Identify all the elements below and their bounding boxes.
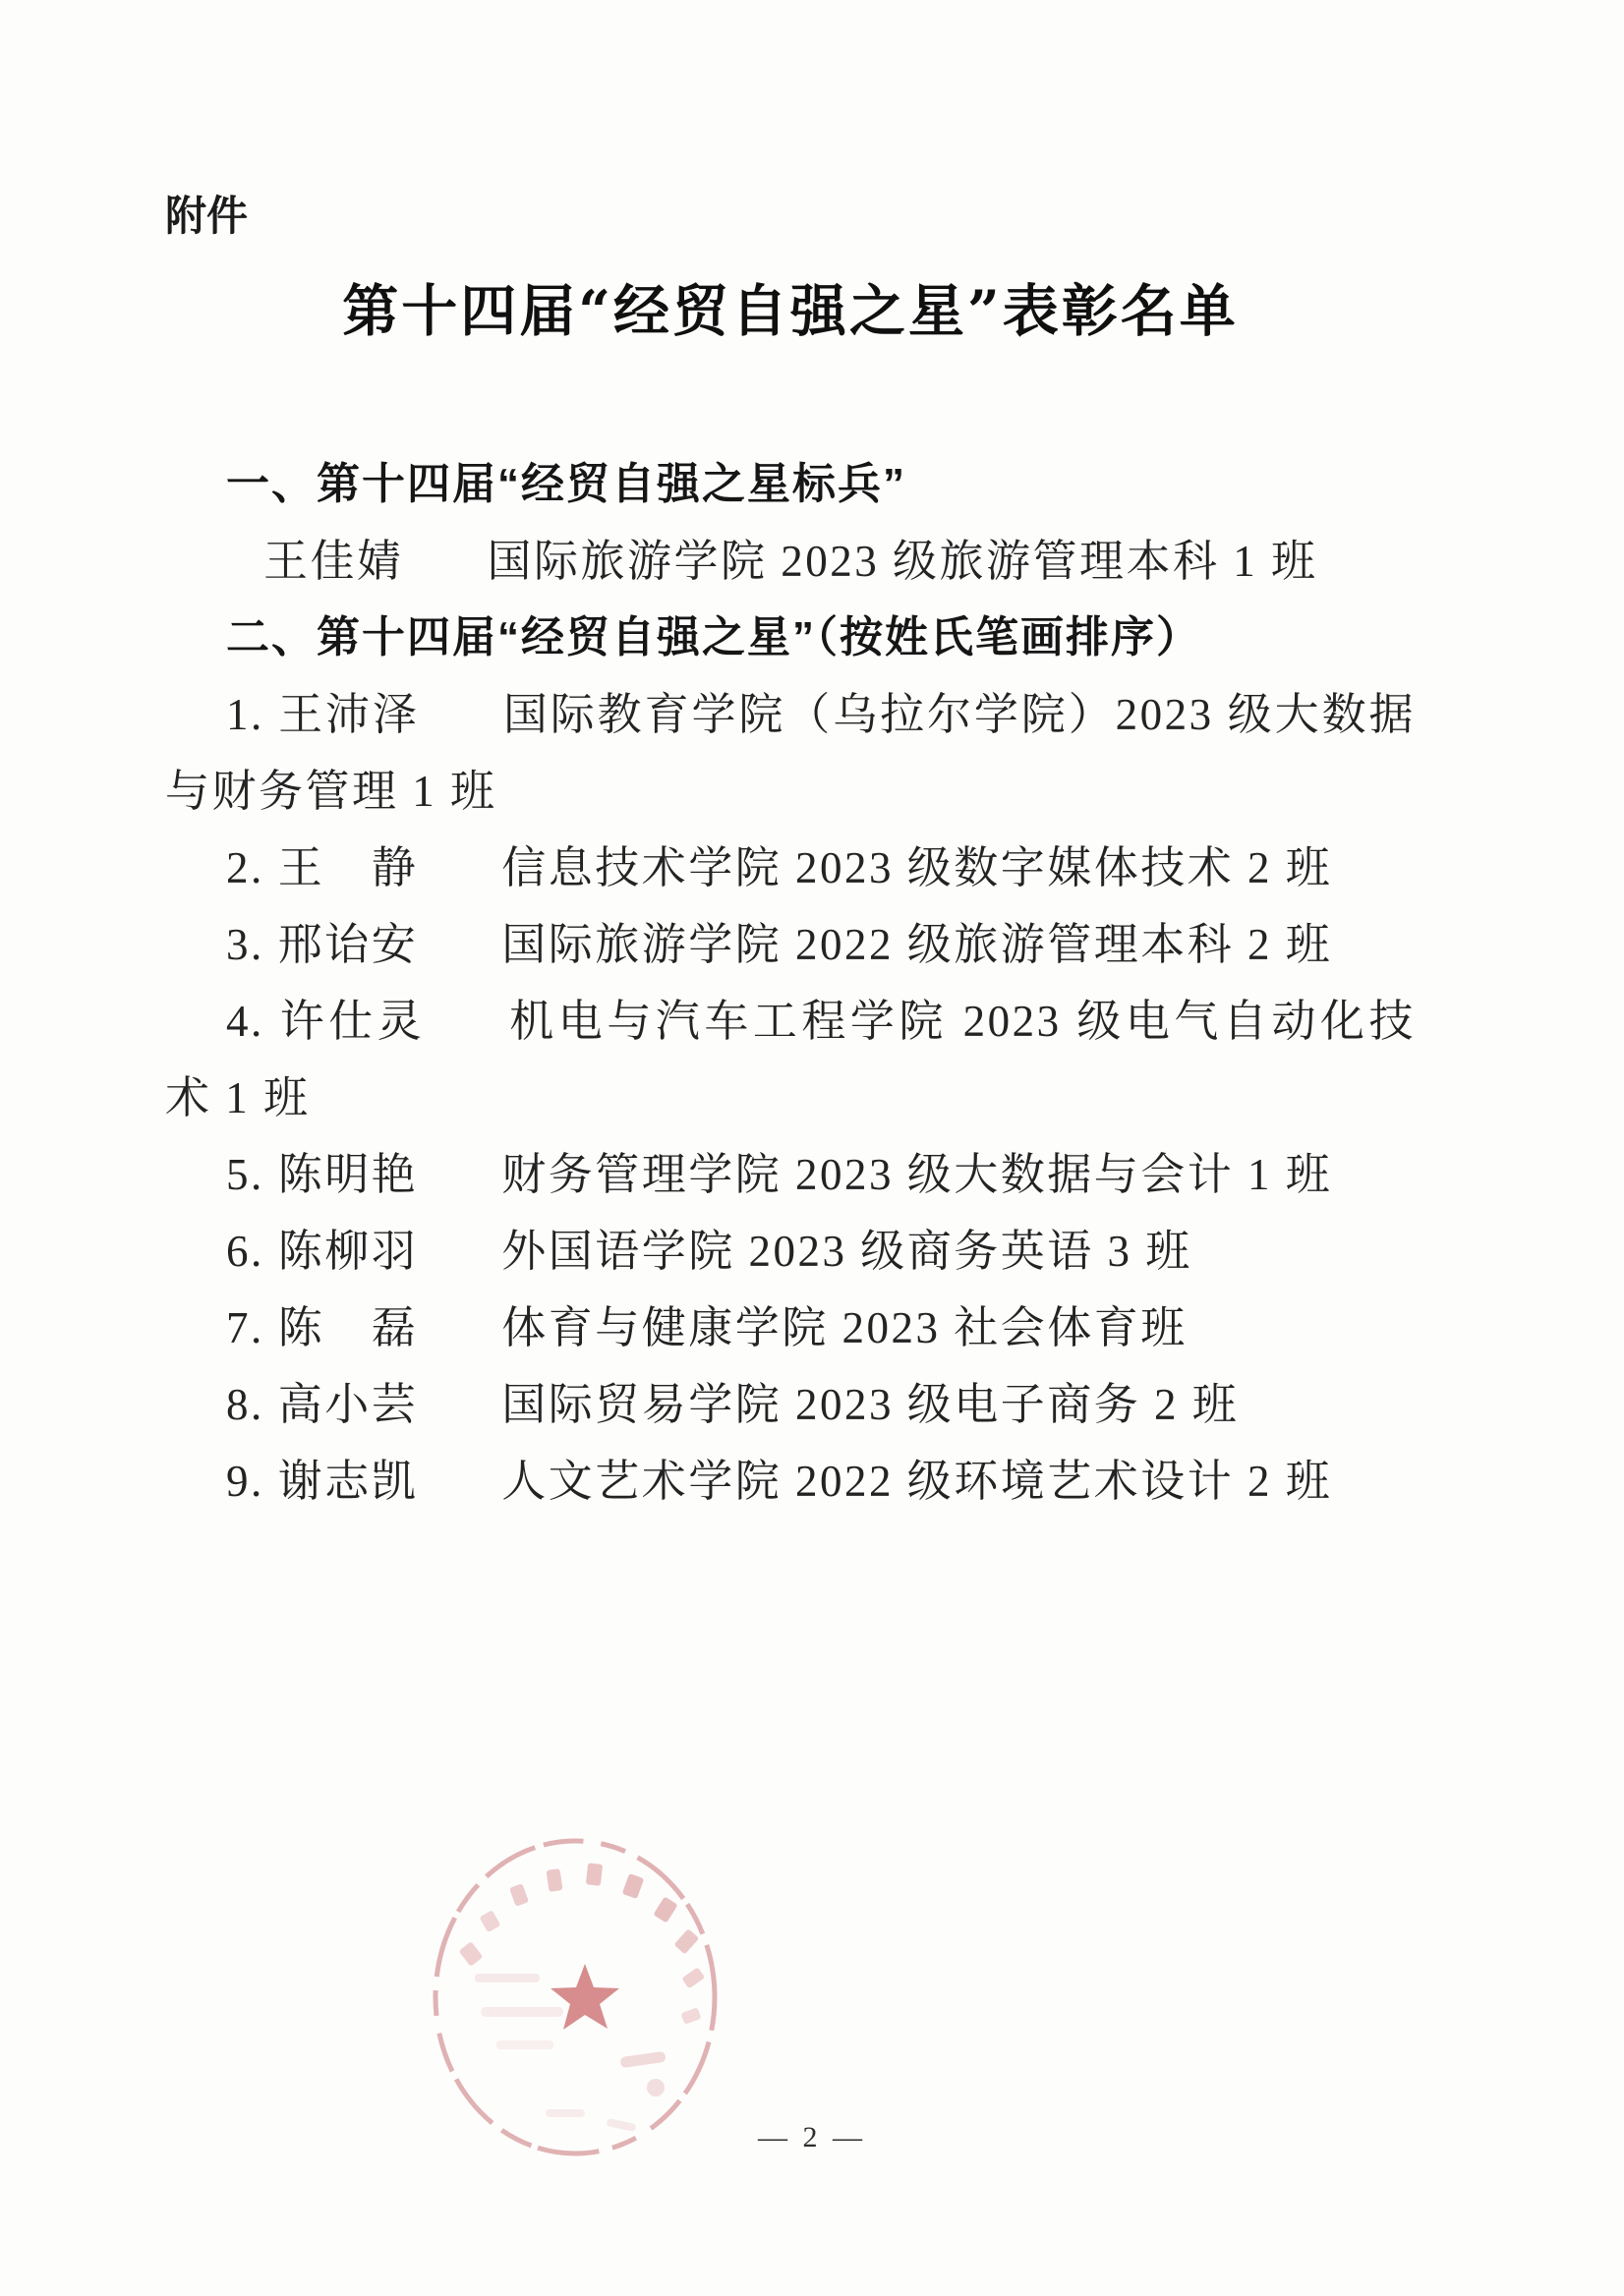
seal-ring — [435, 1841, 715, 2153]
seal-star-icon — [551, 1964, 619, 2030]
section-1-entries: 王佳婧国际旅游学院 2023 级旅游管理本科 1 班 — [165, 523, 1416, 600]
section-2-entries: 1.王沛泽国际教育学院（乌拉尔学院）2023 级大数据与财务管理 1 班 2.王… — [165, 676, 1416, 1520]
entry-row: 7.陈 磊体育与健康学院 2023 社会体育班 — [165, 1290, 1416, 1366]
entry-name: 王沛泽 — [278, 690, 420, 739]
entry-number: 4. — [226, 997, 264, 1046]
entry-number: 5. — [226, 1150, 264, 1199]
document-page: 附件 第十四届“经贸自强之星”表彰名单 一、第十四届“经贸自强之星标兵” 王佳婧… — [0, 0, 1624, 2296]
entry-number: 2. — [226, 843, 264, 892]
entry-row: 6.陈柳羽外国语学院 2023 级商务英语 3 班 — [165, 1213, 1416, 1290]
entry-detail: 财务管理学院 2023 级大数据与会计 1 班 — [501, 1150, 1332, 1199]
entry-row: 王佳婧国际旅游学院 2023 级旅游管理本科 1 班 — [165, 523, 1416, 600]
seal-arc-marks — [459, 1863, 706, 2024]
entry-name: 王佳婧 — [263, 537, 404, 586]
entry-detail: 人文艺术学院 2022 级环境艺术设计 2 班 — [501, 1457, 1332, 1506]
entry-detail: 体育与健康学院 2023 社会体育班 — [501, 1303, 1188, 1352]
entry-detail: 外国语学院 2023 级商务英语 3 班 — [501, 1227, 1192, 1276]
entry-number: 1. — [226, 690, 264, 739]
official-seal — [428, 1830, 723, 2164]
entry-row: 2.王 静信息技术学院 2023 级数字媒体技术 2 班 — [165, 830, 1416, 906]
entry-name: 陈 磊 — [278, 1303, 419, 1352]
entry-name: 许仕灵 — [278, 997, 427, 1046]
entry-row: 4.许仕灵机电与汽车工程学院 2023 级电气自动化技术 1 班 — [165, 983, 1416, 1136]
attachment-label: 附件 — [165, 187, 1416, 246]
seal-smudges — [475, 1974, 667, 2132]
document-body: 附件 第十四届“经贸自强之星”表彰名单 一、第十四届“经贸自强之星标兵” 王佳婧… — [165, 187, 1416, 1520]
entry-row: 1.王沛泽国际教育学院（乌拉尔学院）2023 级大数据与财务管理 1 班 — [165, 676, 1416, 830]
section-1-heading: 一、第十四届“经贸自强之星标兵” — [165, 446, 1416, 523]
entry-row: 3.邢诒安国际旅游学院 2022 级旅游管理本科 2 班 — [165, 906, 1416, 983]
entry-name: 高小芸 — [278, 1380, 419, 1429]
entry-number: 8. — [226, 1380, 264, 1429]
entry-name: 陈明艳 — [278, 1150, 419, 1199]
entry-number: 9. — [226, 1457, 264, 1506]
page-number: — 2 — — [0, 2121, 1624, 2154]
entry-detail: 国际旅游学院 2022 级旅游管理本科 2 班 — [501, 920, 1332, 969]
entry-row: 5.陈明艳财务管理学院 2023 级大数据与会计 1 班 — [165, 1136, 1416, 1213]
entry-row: 8.高小芸国际贸易学院 2023 级电子商务 2 班 — [165, 1366, 1416, 1443]
entry-name: 邢诒安 — [278, 920, 419, 969]
section-2-heading: 二、第十四届“经贸自强之星”（按姓氏笔画排序） — [165, 600, 1416, 676]
entry-row: 9.谢志凯人文艺术学院 2022 级环境艺术设计 2 班 — [165, 1443, 1416, 1520]
entry-detail: 国际旅游学院 2023 级旅游管理本科 1 班 — [488, 537, 1318, 586]
entry-name: 陈柳羽 — [278, 1227, 419, 1276]
page-title: 第十四届“经贸自强之星”表彰名单 — [165, 271, 1416, 352]
entry-number: 3. — [226, 920, 264, 969]
entry-number: 7. — [226, 1303, 264, 1352]
entry-number: 6. — [226, 1227, 264, 1276]
entry-name: 谢志凯 — [278, 1457, 419, 1506]
entry-detail: 国际贸易学院 2023 级电子商务 2 班 — [501, 1380, 1239, 1429]
entry-detail: 信息技术学院 2023 级数字媒体技术 2 班 — [501, 843, 1332, 892]
entry-name: 王 静 — [278, 843, 419, 892]
